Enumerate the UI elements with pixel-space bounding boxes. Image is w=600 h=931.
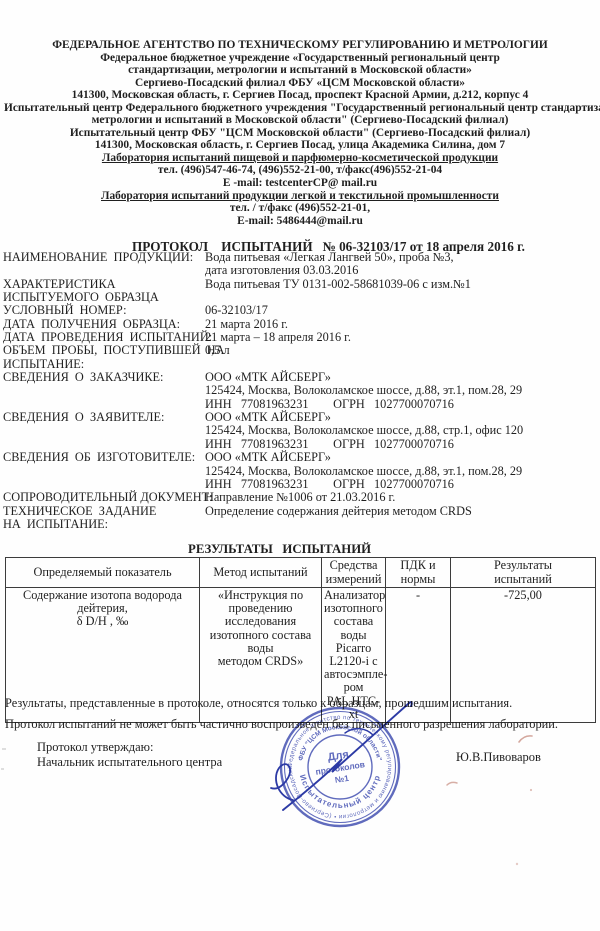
lab-food-phones: тел. (496)547-46-74, (496)552-21-00, т/ф… — [0, 164, 600, 177]
field-label: УСЛОВНЫЙ НОМЕР: — [3, 304, 205, 317]
field-row-product-name: НАИМЕНОВАНИЕ ПРОДУКЦИИ: Вода питьевая «Л… — [0, 251, 600, 278]
field-row-technical-task: ТЕХНИЧЕСКОЕ ЗАДАНИЕ НА ИСПЫТАНИЕ: Опреде… — [0, 505, 600, 532]
field-row-sample-characteristic: ХАРАКТЕРИСТИКА ИСПЫТУЕМОГО ОБРАЗЦА Вода … — [0, 278, 600, 305]
field-label: ОБЪЕМ ПРОБЫ, ПОСТУПИВШЕЙ НА — [3, 344, 205, 357]
scanned-test-protocol-document: ФЕДЕРАЛЬНОЕ АГЕНТСТВО ПО ТЕХНИЧЕСКОМУ РЕ… — [0, 0, 600, 931]
column-header-instruments: Средства измерений — [322, 558, 386, 588]
field-value: 06-32103/17 — [205, 304, 268, 317]
field-value: дата изготовления 03.03.2016 — [205, 264, 454, 277]
branch-line: Сергиево-Посадский филиал ФБУ «ЦСМ Моско… — [0, 77, 600, 90]
field-value: 125424, Москва, Волоколамское шоссе, д.8… — [205, 465, 522, 478]
field-value: Определение содержания дейтерия методом … — [205, 505, 472, 518]
field-value: ООО «МТК АЙСБЕРГ» — [205, 451, 522, 464]
lab-food-email: E -mail: testcenterCP@ mail.ru — [0, 177, 600, 190]
results-section-title: РЕЗУЛЬТАТЫ ИСПЫТАНИЙ — [188, 542, 371, 557]
column-header-results: Результаты испытаний — [451, 558, 596, 588]
field-label: НАИМЕНОВАНИЕ ПРОДУКЦИИ: — [3, 251, 205, 264]
column-header-indicator: Определяемый показатель — [6, 558, 200, 588]
lab-food-title: Лаборатория испытаний пищевой и парфюмер… — [0, 152, 600, 165]
field-value: 125424, Москва, Волоколамское шоссе, д.8… — [205, 384, 522, 397]
field-label: ХАРАКТЕРИСТИКА — [3, 278, 205, 291]
column-header-method: Метод испытаний — [200, 558, 322, 588]
field-label: СВЕДЕНИЯ О ЗАЯВИТЕЛЕ: — [3, 411, 205, 424]
approver-name: Ю.В.Пивоваров — [456, 750, 541, 765]
stamp-inner-circle — [308, 735, 372, 799]
field-row-sample-received-date: ДАТА ПОЛУЧЕНИЯ ОБРАЗЦА: 21 марта 2016 г. — [0, 318, 600, 331]
field-value: Направление №1006 от 21.03.2016 г. — [205, 491, 395, 504]
agency-name: ФЕДЕРАЛЬНОЕ АГЕНТСТВО ПО ТЕХНИЧЕСКОМУ РЕ… — [0, 39, 600, 52]
field-value: 21 марта 2016 г. — [205, 318, 288, 331]
field-row-applicant: СВЕДЕНИЯ О ЗАЯВИТЕЛЕ: ООО «МТК АЙСБЕРГ» … — [0, 411, 600, 451]
field-label: СВЕДЕНИЯ ОБ ИЗГОТОВИТЕЛЕ: — [3, 451, 205, 464]
field-value: Вода питьевая ТУ 0131-002-58681039-06 с … — [205, 278, 471, 291]
field-label: ДАТА ПРОВЕДЕНИЯ ИСПЫТАНИЙ: — [3, 331, 205, 344]
svg-text:Для: Для — [327, 749, 350, 764]
field-value: 21 марта – 18 апреля 2016 г. — [205, 331, 351, 344]
column-header-norms: ПДК и нормы — [386, 558, 451, 588]
svg-text:№1: №1 — [334, 773, 350, 785]
field-label: ИСПЫТУЕМОГО ОБРАЗЦА — [3, 291, 205, 304]
field-row-sample-volume: ОБЪЕМ ПРОБЫ, ПОСТУПИВШЕЙ НА ИСПЫТАНИЕ: 0… — [0, 344, 600, 371]
lab-textile-title: Лаборатория испытаний продукции легкой и… — [0, 190, 600, 203]
test-center-line: Испытательный центр Федерального бюджетн… — [0, 102, 600, 115]
field-value: Вода питьевая «Легкая Лангвей 50», проба… — [205, 251, 454, 264]
field-label: ИСПЫТАНИЕ: — [3, 358, 205, 371]
address-line: 141300, Московская область, г. Сергиев П… — [0, 89, 600, 102]
address-line: 141300, Московская область, г. Сергиев П… — [0, 139, 600, 152]
field-label: СВЕДЕНИЯ О ЗАКАЗЧИКЕ: — [3, 371, 205, 384]
institution-line: стандартизации, метрологии и испытаний в… — [0, 64, 600, 77]
test-center-line: Испытательный центр ФБУ "ЦСМ Московской … — [0, 127, 600, 140]
field-value: 0,5 л — [205, 344, 230, 357]
letterhead: ФЕДЕРАЛЬНОЕ АГЕНТСТВО ПО ТЕХНИЧЕСКОМУ РЕ… — [0, 39, 600, 227]
field-label: НА ИСПЫТАНИЕ: — [3, 518, 205, 531]
lab-textile-email: E-mail: 5486444@mail.ru — [0, 215, 600, 228]
stamp-ring-text-bottom: Испытательный центр — [298, 773, 382, 810]
field-value: 125424, Москва, Волоколамское шоссе, д.8… — [205, 424, 523, 437]
lab-textile-phone: тел. / т/факс (496)552-21-01, — [0, 202, 600, 215]
field-value: ИНН 77081963231 ОГРН 1027700070716 — [205, 398, 522, 411]
field-label: СОПРОВОДИТЕЛЬНЫЙ ДОКУМЕНТ: — [3, 491, 205, 504]
field-value: ИНН 77081963231 ОГРН 1027700070716 — [205, 438, 523, 451]
field-row-conditional-number: УСЛОВНЫЙ НОМЕР: 06-32103/17 — [0, 304, 600, 317]
institution-line: Федеральное бюджетное учреждение «Госуда… — [0, 52, 600, 65]
test-center-line: метрологии и испытаний в Московской обла… — [0, 114, 600, 127]
field-value: ООО «МТК АЙСБЕРГ» — [205, 371, 522, 384]
field-label: ТЕХНИЧЕСКОЕ ЗАДАНИЕ — [3, 505, 205, 518]
field-row-accompanying-document: СОПРОВОДИТЕЛЬНЫЙ ДОКУМЕНТ: Направление №… — [0, 491, 600, 504]
note-reproduction: Протокол испытаний не может быть частичн… — [5, 717, 558, 732]
field-row-customer: СВЕДЕНИЯ О ЗАКАЗЧИКЕ: ООО «МТК АЙСБЕРГ» … — [0, 371, 600, 411]
field-row-test-dates: ДАТА ПРОВЕДЕНИЯ ИСПЫТАНИЙ: 21 марта – 18… — [0, 331, 600, 344]
stamp-center-text: Для протоколов №1 — [313, 746, 368, 787]
protocol-fields: НАИМЕНОВАНИЕ ПРОДУКЦИИ: Вода питьевая «Л… — [0, 251, 600, 531]
field-row-manufacturer: СВЕДЕНИЯ ОБ ИЗГОТОВИТЕЛЕ: ООО «МТК АЙСБЕ… — [0, 451, 600, 491]
approver-position: Начальник испытательного центра — [37, 755, 222, 770]
approval-line: Протокол утверждаю: — [37, 740, 154, 755]
field-label: ДАТА ПОЛУЧЕНИЯ ОБРАЗЦА: — [3, 318, 205, 331]
svg-text:протоколов: протоколов — [315, 759, 366, 777]
note-results-scope: Результаты, представленные в протоколе, … — [5, 696, 512, 711]
results-table-header-row: Определяемый показатель Метод испытаний … — [6, 558, 596, 588]
field-value: ИНН 77081963231 ОГРН 1027700070716 — [205, 478, 522, 491]
field-value: ООО «МТК АЙСБЕРГ» — [205, 411, 523, 424]
